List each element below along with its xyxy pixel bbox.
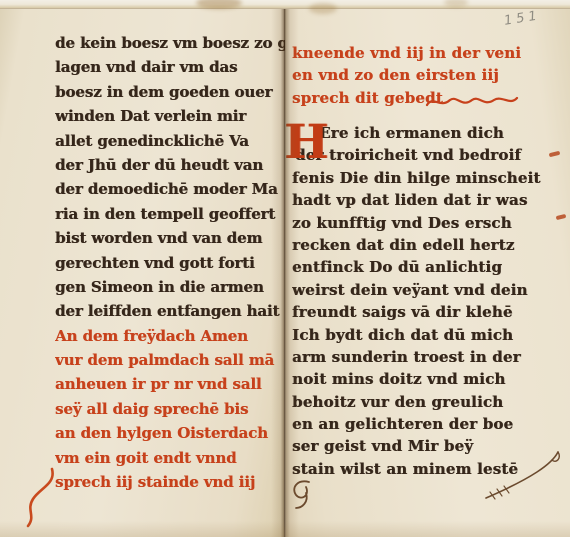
manuscript-rubric-line: An dem freÿdach Amen [55, 324, 285, 348]
manuscript-photo: de kein boesz vm boesz zo ge lagen vnd d… [0, 0, 570, 537]
text-block-right: Ere ich ermanen dich der troiricheit vnd… [292, 122, 568, 480]
manuscript-line: Ich bydt dich dat dū mich [292, 324, 568, 346]
manuscript-rubric-line: an den hylgen Oisterdach [55, 421, 285, 445]
manuscript-rubric-line: en vnd zo den eirsten iij [292, 64, 568, 86]
manuscript-line: ria in den tempell geoffert [55, 202, 285, 226]
manuscript-line: freundt saigs vā dir klehē [292, 301, 568, 323]
manuscript-rubric-line: vur dem palmdach sall mā [55, 348, 285, 372]
manuscript-line: noit mins doitz vnd mich [292, 368, 568, 390]
manuscript-line: entfinck Do dū anlichtig [292, 256, 568, 278]
manuscript-line: gen Simeon in die armen [55, 275, 285, 299]
manuscript-rubric-line: anheuen ir pr nr vnd sall [55, 372, 285, 396]
manuscript-rubric-line: kneende vnd iij in der veni [292, 42, 568, 64]
manuscript-line: lagen vnd dair vm das [55, 55, 285, 79]
manuscript-line: behoitz vur den greulich [292, 391, 568, 413]
manuscript-line: boesz in dem goeden ouer [55, 80, 285, 104]
manuscript-line: der demoedichē moder Ma [55, 177, 285, 201]
line-filler-flourish-icon [424, 92, 520, 112]
manuscript-line: allet genedincklichē Va [55, 129, 285, 153]
manuscript-line: recken dat din edell hertz [292, 234, 568, 256]
manuscript-line: bist worden vnd van dem [55, 226, 285, 250]
manuscript-line: zo kunfftig vnd Des ersch [292, 212, 568, 234]
book-top-edge [0, 0, 570, 9]
manuscript-rubric-line: seÿ all daig sprechē bis [55, 397, 285, 421]
pen-flourish-diagonal-icon [466, 446, 566, 512]
manuscript-line: winden Dat verlein mir [55, 104, 285, 128]
manuscript-line: en an gelichteren der boe [292, 413, 568, 435]
manuscript-line: Ere ich ermanen dich [292, 122, 568, 144]
manuscript-line: fenis Die din hilge minscheit [292, 167, 568, 189]
manuscript-line: der leiffden entfangen hait [55, 299, 285, 323]
book-gutter [271, 0, 299, 537]
manuscript-line: weirst dein veÿant vnd dein [292, 279, 568, 301]
manuscript-line: de kein boesz vm boesz zo ge [55, 31, 285, 55]
text-block-left: de kein boesz vm boesz zo ge lagen vnd d… [55, 31, 285, 494]
manuscript-rubric-line: vm ein goit endt vnnd [55, 446, 285, 470]
manuscript-line: der troiricheit vnd bedroif [292, 144, 568, 166]
manuscript-line: der Jhū der dū heudt van [55, 153, 285, 177]
manuscript-line: arm sunderin troest in der [292, 346, 568, 368]
book-bottom-shade [0, 521, 570, 537]
manuscript-line: hadt vp dat liden dat ir was [292, 189, 568, 211]
ink-stain [309, 3, 337, 14]
manuscript-line: gerechten vnd gott forti [55, 251, 285, 275]
manuscript-rubric-line: sprech iij stainde vnd iij [55, 470, 285, 494]
